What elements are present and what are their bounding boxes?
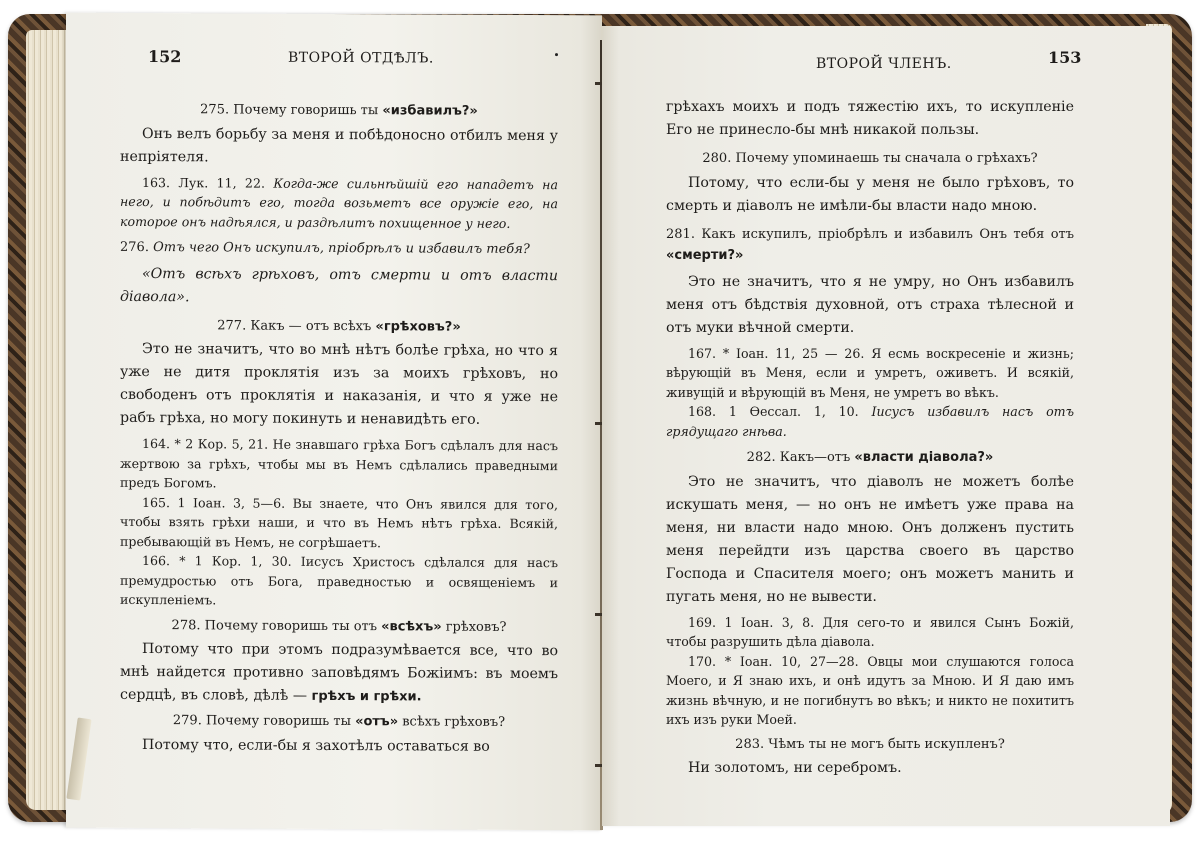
question-number: 282. (747, 450, 776, 465)
citation-ref: 164. * 2 Кор. 5, 21. (142, 436, 268, 452)
question-number: 275. (200, 102, 229, 117)
citation-ref: 169. 1 Іоан. 3, 8. (688, 615, 814, 630)
question-emphasis: «власти діавола?» (854, 450, 993, 465)
question-emphasis: «всѣхъ» (381, 619, 441, 634)
question-number: 283. (735, 737, 764, 752)
citation-163: 163. Лук. 11, 22. Когда-же сильнѣйшій ег… (120, 172, 558, 233)
question-emphasis: «избавилъ?» (382, 103, 477, 118)
question-number: 279. (173, 713, 202, 728)
running-head-right: ВТОРОЙ ЧЛЕНЪ. (816, 56, 952, 72)
question-text: Отъ чего Онъ искупилъ, пріобрѣлъ и избав… (153, 240, 530, 257)
citation-ref: 165. 1 Іоан. 3, 5—6. (142, 494, 285, 510)
question-text: Чѣмъ ты не могъ быть искупленъ? (768, 737, 1005, 752)
citation-ref: 166. * 1 Кор. 1, 30. (142, 553, 292, 569)
citation-168: 168. 1 Өессал. 1, 10. Іисусъ избавилъ на… (666, 402, 1074, 441)
question-281: 281. Какъ искупилъ, пріобрѣлъ и избавилъ… (666, 224, 1074, 267)
question-emphasis: «отъ» (355, 714, 398, 729)
left-page-text: 275. Почему говоришь ты «избавилъ?» Онъ … (120, 97, 558, 759)
answer-275: Онъ велъ борьбу за меня и побѣдоносно от… (120, 122, 558, 170)
citation-166: 166. * 1 Кор. 1, 30. Іисусъ Христосъ сдѣ… (120, 551, 558, 612)
question-280: 280. Почему упоминаешь ты сначала о грѣх… (666, 148, 1074, 170)
question-275: 275. Почему говоришь ты «избавилъ?» (120, 99, 558, 123)
answer-emphasis: грѣхъ и грѣхи. (312, 689, 422, 705)
citation-169: 169. 1 Іоан. 3, 8. Для сего-то и явился … (666, 613, 1074, 652)
question-number: 277. (217, 318, 246, 333)
question-text: Почему говоришь ты отъ (205, 618, 377, 634)
question-279: 279. Почему говоришь ты «отъ» всѣхъ грѣх… (120, 710, 558, 734)
page-number-left: 152 (148, 47, 181, 66)
citation-ref: 163. Лук. 11, 22. (142, 174, 265, 190)
citation-ref: 167. * Іоан. 11, 25 — 26. (688, 346, 864, 361)
question-text: Почему упоминаешь ты сначала о грѣхахъ? (735, 151, 1037, 166)
right-page: ВТОРОЙ ЧЛЕНЪ. 153 грѣхахъ моихъ и подъ т… (602, 26, 1170, 826)
citation-ref: 170. * Іоан. 10, 27—28. (688, 654, 859, 669)
answer-277: Это не значитъ, что во мнѣ нѣтъ болѣе гр… (120, 338, 558, 432)
answer-278: Потому что при этомъ подразумѣвается все… (120, 638, 558, 709)
question-text: Какъ искупилъ, пріобрѣлъ и избавилъ Онъ … (701, 227, 1074, 242)
citation-ref: 168. 1 Өессал. 1, 10. (688, 404, 859, 419)
right-page-text: грѣхахъ моихъ и подъ тяжестію ихъ, то ис… (666, 96, 1074, 780)
answer-282: Это не значитъ, что діаволъ не можетъ бо… (666, 471, 1074, 609)
question-emphasis: «смерти?» (666, 248, 743, 263)
question-text: Почему говоришь ты (206, 713, 351, 729)
question-283: 283. Чѣмъ ты не могъ быть искупленъ? (666, 734, 1074, 756)
question-number: 280. (702, 151, 731, 166)
answer-279: Потому что, если-бы я захотѣлъ оставатьс… (120, 733, 558, 758)
question-number: 281. (666, 227, 695, 242)
left-page: 152 ВТОРОЙ ОТДѢЛЪ. 275. Почему говоришь … (66, 13, 602, 831)
question-number: 278. (172, 618, 201, 633)
question-282: 282. Какъ—отъ «власти діавола?» (666, 447, 1074, 469)
answer-283: Ни золотомъ, ни серебромъ. (666, 757, 1074, 780)
citation-170: 170. * Іоан. 10, 27—28. Овцы мои слушают… (666, 652, 1074, 730)
question-number: 276. (120, 240, 149, 255)
answer-text: «Отъ всѣхъ грѣховъ, отъ смерти и отъ вла… (120, 265, 558, 304)
question-text: Какъ—отъ (780, 450, 851, 465)
answer-280: Потому, что если-бы у меня не было грѣхо… (666, 172, 1074, 218)
ink-dot (555, 53, 558, 56)
answer-276: «Отъ всѣхъ грѣховъ, отъ смерти и отъ вла… (120, 262, 558, 310)
page-number-right: 153 (1048, 48, 1081, 67)
question-tail: грѣховъ? (446, 619, 507, 634)
answer-279-continued: грѣхахъ моихъ и подъ тяжестію ихъ, то ис… (666, 96, 1074, 142)
answer-281: Это не значитъ, что я не умру, но Онъ из… (666, 271, 1074, 340)
question-278: 278. Почему говоришь ты отъ «всѣхъ» грѣх… (120, 614, 558, 638)
question-tail: всѣхъ грѣховъ? (402, 714, 505, 730)
question-276: 276. Отъ чего Онъ искупилъ, пріобрѣлъ и … (120, 237, 558, 261)
question-277: 277. Какъ — отъ всѣхъ «грѣховъ?» (120, 314, 558, 338)
citation-164: 164. * 2 Кор. 5, 21. Не знавшаго грѣха Б… (120, 434, 558, 495)
citation-167: 167. * Іоан. 11, 25 — 26. Я есмь воскрес… (666, 344, 1074, 403)
question-text: Почему говоришь ты (233, 102, 378, 118)
running-head-left: ВТОРОЙ ОТДѢЛЪ. (288, 50, 434, 67)
citation-165: 165. 1 Іоан. 3, 5—6. Вы знаете, что Онъ … (120, 492, 558, 553)
question-text: Какъ — отъ всѣхъ (250, 318, 371, 334)
question-emphasis: «грѣховъ?» (375, 319, 460, 334)
